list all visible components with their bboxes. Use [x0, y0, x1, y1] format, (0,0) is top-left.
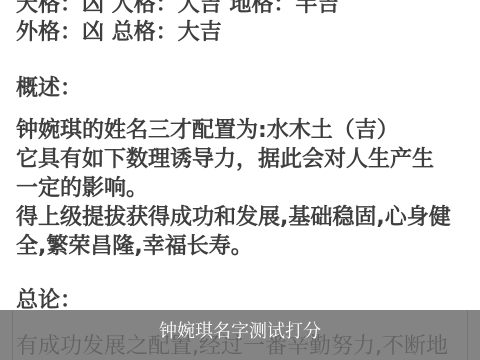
grid-results-line-2: 外格：凶 总格：大吉 — [16, 20, 222, 46]
grid-results-line-1: 天格：凶 人格：大吉 地格：半吉 — [16, 0, 339, 18]
overview-line: 它具有如下数理诱导力，据此会对人生产生 — [16, 147, 434, 173]
overview-line: 全,繁荣昌隆,幸福长寿。 — [16, 234, 253, 260]
overview-line: 得上级提拔获得成功和发展,基础稳固,心身健 — [16, 205, 451, 231]
overview-line: 钟婉琪的姓名三才配置为:水木土（吉） — [16, 118, 399, 144]
overview-line: 一定的影响。 — [16, 176, 148, 202]
caption-title: 钟婉琪名字测试打分 — [0, 320, 480, 344]
overview-heading: 概述： — [16, 76, 82, 102]
